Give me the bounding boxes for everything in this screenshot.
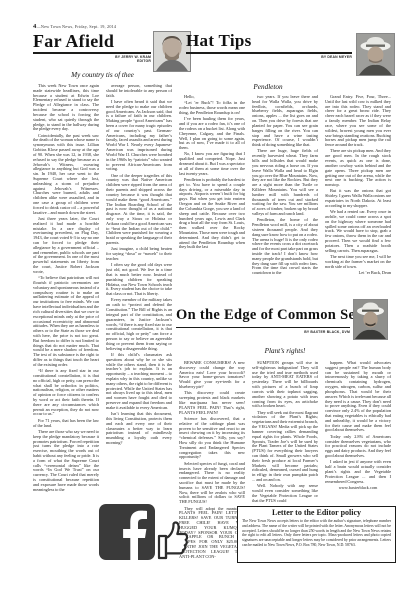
cowboy-hat-portrait-graphic: [354, 300, 387, 339]
cowboy-portrait-graphic: [357, 34, 394, 75]
hat-tips-column-1: Hello,“Let ’er Buck”! To folks in the ro…: [179, 95, 245, 301]
byline-role: EDITOR: [58, 59, 151, 63]
common-sense-column-3: happen. What would advocates suggest peo…: [325, 361, 391, 503]
common-sense-rule: [176, 327, 350, 328]
far-afield-rule: [33, 52, 151, 54]
letter-policy-box: Letter to the Editor policy The New Town…: [237, 506, 396, 563]
facebook-icon: [99, 504, 155, 560]
columnist-headshot-photo: [356, 33, 395, 76]
hat-tips-rule: [186, 52, 352, 54]
masthead: 4—New Town News, Friday, Sept. 19, 2014: [33, 23, 116, 30]
far-afield-headline: Far Afield: [33, 32, 114, 50]
hat-tips-byline: BY DEAN MEYER: [252, 55, 352, 59]
far-afield-body: This week New Town once again made state…: [33, 84, 172, 564]
common-sense-byline: BY BAXTER BLACK, DVM: [250, 330, 350, 334]
baxter-black-headshot-photo: [353, 299, 388, 340]
hat-tips-column-3: Grand Entry. Five, Four, Three... Until …: [325, 95, 391, 301]
hat-tips-headline: Hat Tips: [186, 32, 252, 49]
far-afield-byline: BY JERRY W. KRAM EDITOR: [58, 55, 151, 64]
letter-policy-body: The New Town News accepts letters to the…: [242, 519, 391, 547]
facebook-like-graphic: [98, 500, 188, 564]
far-afield-column-1: This week New Town once again made state…: [33, 84, 99, 564]
common-sense-column-2: SUMPTION groups will rise in self-righte…: [252, 361, 318, 503]
hat-tips-column-2: two years. If you leave there and head f…: [252, 95, 318, 301]
letter-policy-title: Letter to the Editor policy: [242, 509, 391, 518]
issue-line: —New Town News, Friday, Sept. 19, 2014: [36, 24, 116, 29]
far-afield-article-title: My country tis of thee: [33, 71, 172, 79]
hat-tips-article-title: Pendleton: [179, 83, 357, 91]
hat-tips-body: Hello,“Let ’er Buck”! To folks in the ro…: [179, 95, 391, 301]
thumbs-up-icon: [159, 523, 187, 558]
common-sense-article-title: Plant’s rights!: [179, 347, 391, 355]
far-afield-column-2: average person, something that should be…: [106, 84, 172, 564]
common-sense-headline: On the Edge of Common Sense: [176, 308, 376, 323]
common-sense-column-1: BEWARE CONSUMERS! A new discovery could …: [179, 361, 245, 565]
editor-portrait-graphic: [154, 32, 190, 71]
